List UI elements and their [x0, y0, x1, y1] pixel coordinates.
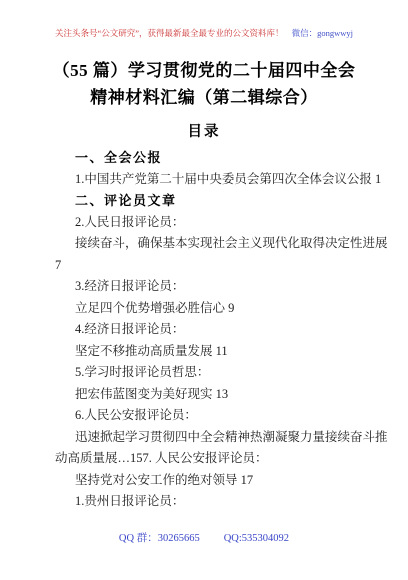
qq-group-number: QQ 群：30265665: [119, 533, 200, 544]
toc-entry: 迅速掀起学习贯彻四中全会精神热潮凝聚力量接续奋斗推: [55, 427, 388, 449]
toc-title: 目录: [0, 124, 408, 141]
promo-header: 关注头条号“公文研究”，获得最新最全最专业的公文资料库！ 微信：gongwwyj: [0, 27, 408, 39]
toc-entry: 1.贵州日报评论员：: [55, 491, 388, 513]
toc-entry: 7: [55, 255, 388, 277]
doc-title: （55 篇）学习贯彻党的二十届四中全会 精神材料汇编（第二辑综合）: [0, 57, 408, 111]
toc-entry: 4.经济日报评论员：: [55, 319, 388, 341]
toc-entry: 3.经济日报评论员：: [55, 276, 388, 298]
toc-entry: 立足四个优势增强必胜信心 9: [55, 298, 388, 320]
footer-contact: QQ 群：30265665QQ:535304092: [0, 531, 408, 546]
toc-entry: 动高质量展…157. 人民公安报评论员：: [55, 448, 388, 470]
toc-section-heading: 二、评论员文章: [55, 190, 388, 212]
toc-entry: 把宏伟蓝图变为美好现实 13: [55, 384, 388, 406]
document-page: 关注头条号“公文研究”，获得最新最全最专业的公文资料库！ 微信：gongwwyj…: [0, 0, 408, 580]
toc-entry: 坚定不移推动高质量发展 11: [55, 341, 388, 363]
toc-entry: 1.中国共产党第二十届中央委员会第四次全体会议公报 1: [55, 169, 388, 191]
wechat-contact: 微信：gongwwyj: [292, 28, 353, 38]
toc-entry: 接续奋斗，确保基本实现社会主义现代化取得决定性进展: [55, 233, 388, 255]
promo-text: 关注头条号“公文研究”，获得最新最全最专业的公文资料库！: [55, 28, 284, 38]
toc-list: 一、全会公报1.中国共产党第二十届中央委员会第四次全体会议公报 1二、评论员文章…: [55, 147, 388, 513]
doc-title-line2: 精神材料汇编（第二辑综合）: [0, 84, 408, 111]
qq-number: QQ:535304092: [224, 533, 289, 544]
toc-entry: 5.学习时报评论员哲思：: [55, 362, 388, 384]
toc-entry: 2.人民日报评论员：: [55, 212, 388, 234]
toc-section-heading: 一、全会公报: [55, 147, 388, 169]
toc-entry: 6.人民公安报评论员：: [55, 405, 388, 427]
doc-title-line1: （55 篇）学习贯彻党的二十届四中全会: [0, 57, 408, 84]
toc-entry: 坚持党对公安工作的绝对领导 17: [55, 470, 388, 492]
